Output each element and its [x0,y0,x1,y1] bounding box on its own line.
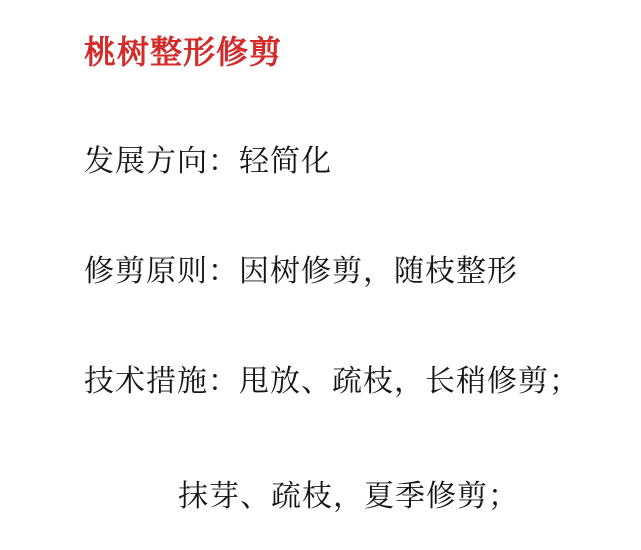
development-direction-value: 轻简化 [239,144,332,179]
document-title: 桃树整形修剪 [84,32,282,72]
technical-measures-continuation-line: 抹芽、疏枝，夏季修剪； [178,477,519,517]
technical-measures-line: 技术措施：甩放、疏枝，长稍修剪； [84,362,580,402]
technical-measures-value: 甩放、疏枝，长稍修剪； [239,364,580,399]
pruning-principle-line: 修剪原则：因树修剪，随枝整形 [84,252,518,292]
pruning-principle-value: 因树修剪，随枝整形 [239,254,518,289]
development-direction-label: 发展方向： [84,144,239,179]
pruning-principle-label: 修剪原则： [84,254,239,289]
technical-measures-label: 技术措施： [84,364,239,399]
technical-measures-continuation-value: 抹芽、疏枝，夏季修剪； [178,479,519,514]
development-direction-line: 发展方向：轻简化 [84,142,332,182]
